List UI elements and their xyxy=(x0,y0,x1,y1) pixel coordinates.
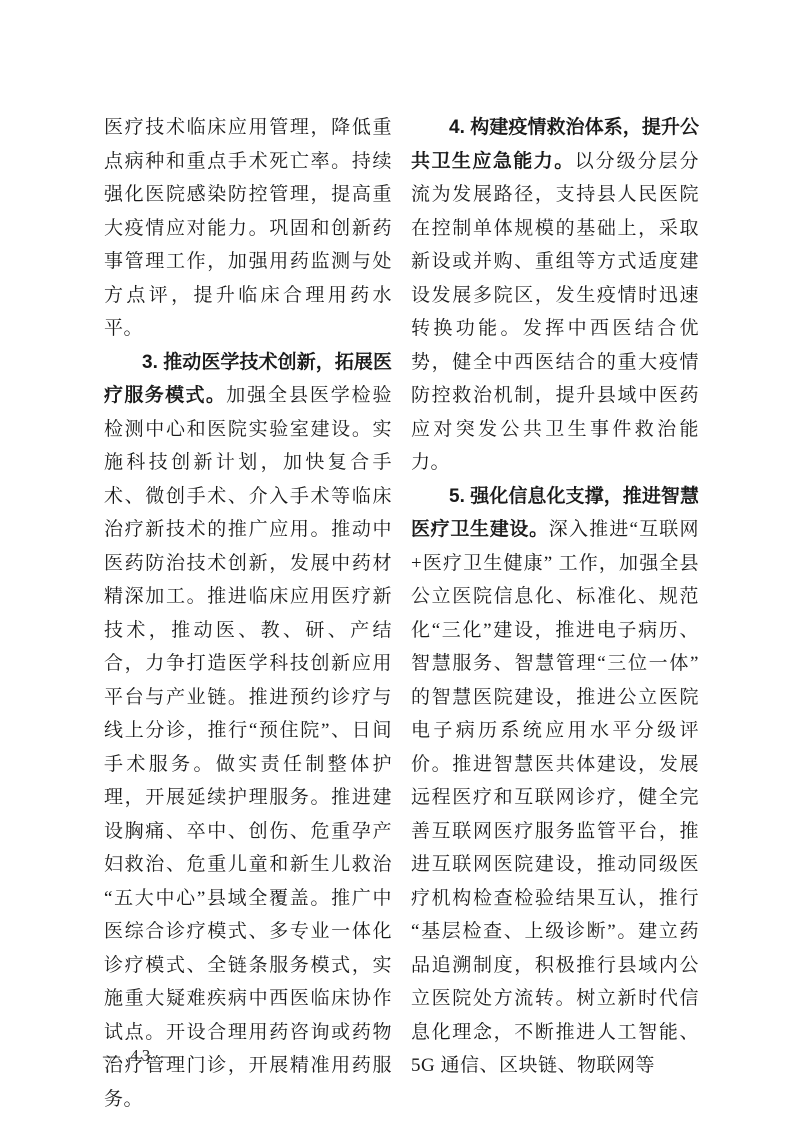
text-column-right: 4. 构建疫情救治体系，提升公共卫生应急能力。以分级分层分流为发展路径，支持县人… xyxy=(411,111,699,1083)
paragraph-body: 以分级分层分流为发展路径，支持县人民医院在控制单体规模的基础上，采取新设或并购、… xyxy=(411,151,699,474)
paragraph-body: 医疗技术临床应用管理，降低重点病种和重点手术死亡率。持续强化医院感染防控管理，提… xyxy=(104,117,392,339)
paragraph-item-3: 3. 推动医学技术创新，拓展医疗服务模式。加强全县医学检验检测中心和医院实验室建… xyxy=(104,346,392,1117)
document-page: 医疗技术临床应用管理，降低重点病种和重点手术死亡率。持续强化医院感染防控管理，提… xyxy=(0,0,793,1122)
paragraph-body: 加强全县医学检验检测中心和医院实验室建设。实施科技创新计划，加快复合手术、微创手… xyxy=(104,385,392,1110)
text-column-left: 医疗技术临床应用管理，降低重点病种和重点手术死亡率。持续强化医院感染防控管理，提… xyxy=(104,111,392,1116)
paragraph-item-4: 4. 构建疫情救治体系，提升公共卫生应急能力。以分级分层分流为发展路径，支持县人… xyxy=(411,111,699,480)
paragraph-item-5: 5. 强化信息化支撑，推进智慧医疗卫生建设。深入推进“互联网+医疗卫生健康” 工… xyxy=(411,480,699,1083)
page-number: — 43 — xyxy=(103,1046,181,1066)
paragraph-body: 深入推进“互联网+医疗卫生健康” 工作，加强全县公立医院信息化、标准化、规范化“… xyxy=(411,519,699,1076)
paragraph-continuation: 医疗技术临床应用管理，降低重点病种和重点手术死亡率。持续强化医院感染防控管理，提… xyxy=(104,111,392,346)
